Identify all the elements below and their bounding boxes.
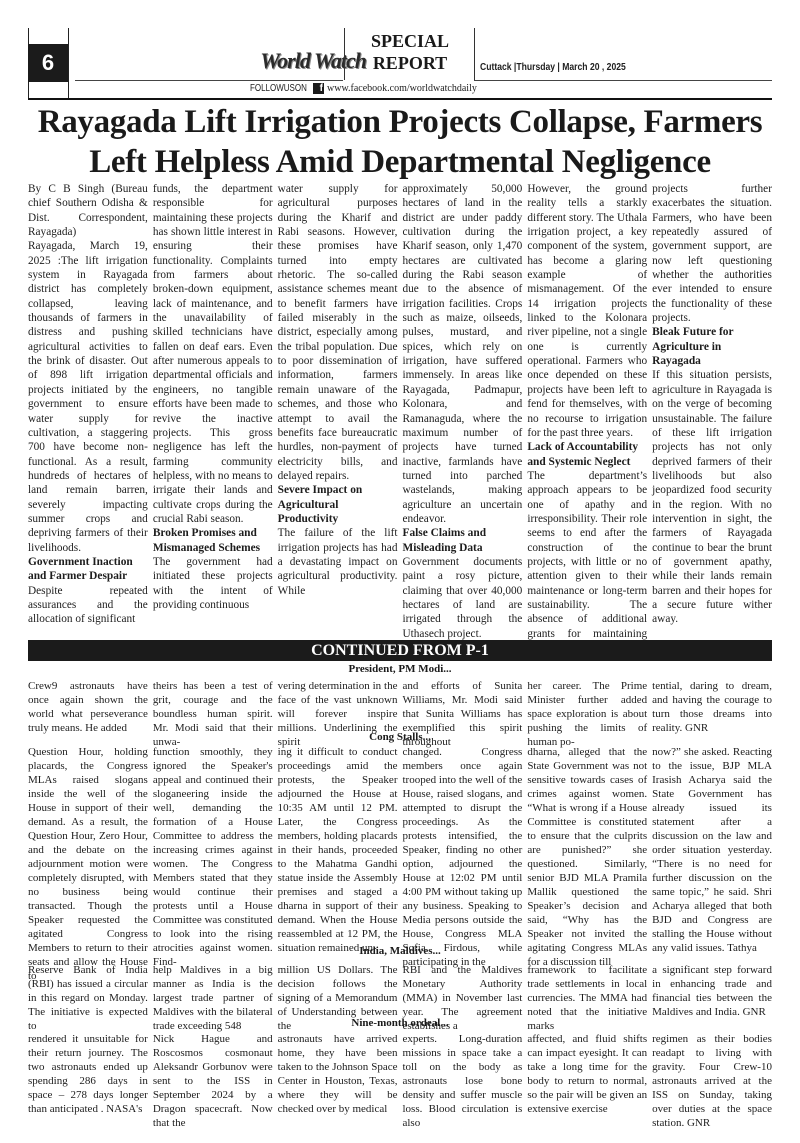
facebook-link[interactable]: www.facebook.com/worldwatchdaily	[327, 83, 477, 94]
paragraph: approximately 50,000 hectares of land in…	[402, 182, 522, 526]
story-column: Nick Hague and Roscosmos cosmonaut Aleks…	[153, 1032, 273, 1130]
masthead: 6 World Watch SPECIAL REPORT Cuttack |Th…	[28, 28, 772, 100]
paragraph: The failure of the lift irrigation proje…	[278, 526, 398, 598]
divider	[474, 28, 475, 80]
article-column-2: funds, the department responsible for ma…	[153, 182, 273, 655]
continued-banner: CONTINUED FROM P-1	[28, 640, 772, 661]
section-title-line2: REPORT	[350, 52, 470, 74]
byline: By C B Singh (Bureau chief Southern Odis…	[28, 182, 148, 239]
page-number: 6	[28, 44, 68, 82]
section-title: SPECIAL REPORT	[350, 30, 470, 74]
social-follow: FOLLOWUSON f www.facebook.com/worldwatch…	[250, 83, 650, 94]
main-article: By C B Singh (Bureau chief Southern Odis…	[28, 182, 772, 655]
subheading: Broken Promises and Mismanaged Schemes	[153, 526, 273, 555]
subheading: Lack of Accountability and Systemic Negl…	[527, 440, 647, 469]
section-title-line1: SPECIAL	[350, 30, 470, 52]
divider	[474, 80, 772, 81]
story-column: astronauts have arrived home, they have …	[278, 1032, 398, 1130]
masthead-rule	[28, 98, 772, 100]
story-title: Nine-month ordeal...	[28, 1017, 772, 1030]
dateline: Cuttack |Thursday | March 20 , 2025	[480, 62, 626, 73]
paragraph: water supply for agricultural purposes d…	[278, 182, 398, 483]
divider	[344, 28, 345, 80]
paragraph: Government documents paint a rosy pictur…	[402, 555, 522, 641]
paragraph: Rayagada, March 19, 2025 :The lift irrig…	[28, 239, 148, 555]
follow-label: FOLLOWUSON	[250, 83, 298, 94]
subheading: False Claims and Misleading Data	[402, 526, 522, 555]
story-title: President, PM Modi...	[28, 663, 772, 676]
story-title: Cong Stalls...	[28, 731, 772, 744]
article-column-4: approximately 50,000 hectares of land in…	[402, 182, 522, 655]
subheading: Government Inaction and Farmer Despair	[28, 555, 148, 584]
paragraph: The department’s approach appears to be …	[527, 469, 647, 655]
divider	[75, 80, 343, 81]
paragraph: However, the ground reality tells a star…	[527, 182, 647, 440]
article-column-6: projects further exacerbates the situati…	[652, 182, 772, 655]
story-column: affected, and fluid shifts can impact ey…	[527, 1032, 647, 1130]
article-column-1: By C B Singh (Bureau chief Southern Odis…	[28, 182, 148, 655]
subheading: Severe Impact on Agricultural Productivi…	[278, 483, 398, 526]
facebook-icon: f	[313, 83, 324, 94]
subheading: Bleak Future for Agriculture in Rayagada	[652, 325, 772, 368]
divider	[68, 28, 69, 99]
story-nine-month-ordeal: rendered it unsuitable for their return …	[28, 1032, 772, 1130]
paragraph: funds, the department responsible for ma…	[153, 182, 273, 526]
story-column: experts. Long-duration missions in space…	[402, 1032, 522, 1130]
story-title: India, Maldives...	[28, 945, 772, 958]
story-column: regimen as their bodies readapt to livin…	[652, 1032, 772, 1130]
article-headline: Rayagada Lift Irrigation Projects Collap…	[28, 102, 772, 182]
paragraph: Despite repeated assurances and the allo…	[28, 584, 148, 627]
paragraph: If this situation persists, agriculture …	[652, 368, 772, 626]
story-column: rendered it unsuitable for their return …	[28, 1032, 148, 1130]
paragraph: projects further exacerbates the situati…	[652, 182, 772, 325]
headline-line1: Rayagada Lift Irrigation Projects Collap…	[28, 102, 772, 142]
headline-line2: Left Helpless Amid Departmental Negligen…	[28, 142, 772, 182]
article-column-3: water supply for agricultural purposes d…	[278, 182, 398, 655]
paragraph: The government had initiated these proje…	[153, 555, 273, 612]
article-column-5: However, the ground reality tells a star…	[527, 182, 647, 655]
